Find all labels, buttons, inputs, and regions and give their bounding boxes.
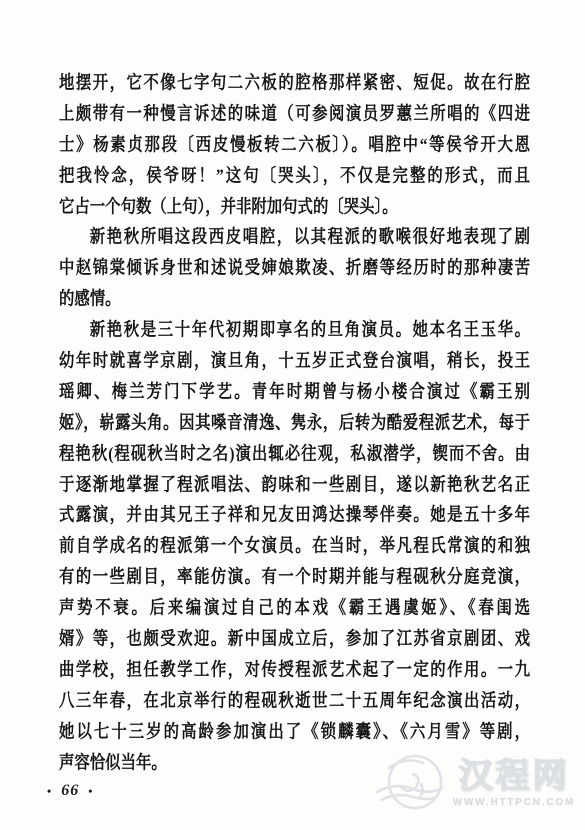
page-number-right-dot: • [88, 784, 93, 799]
scanned-book-page: 地摆开，它不像七字句二六板的腔格那样紧密、短促。故在行腔 上颇带有一种慢言诉述的… [0, 0, 585, 830]
watermark-site-url: WWW.HTTPCN.COM [453, 797, 575, 808]
watermark-text: 汉程网 WWW.HTTPCN.COM [453, 758, 575, 807]
watermark: 汉程网 WWW.HTTPCN.COM [369, 750, 575, 816]
page-number: • 66 • [47, 782, 93, 800]
page-number-left-dot: • [47, 784, 52, 799]
page-number-value: 66 [61, 782, 79, 800]
body-text: 地摆开，它不像七字句二六板的腔格那样紧密、短促。故在行腔 上颇带有一种慢言诉述的… [59, 69, 530, 779]
watermark-site-name: 汉程网 [458, 758, 569, 795]
httpcn-logo-icon [369, 750, 449, 816]
